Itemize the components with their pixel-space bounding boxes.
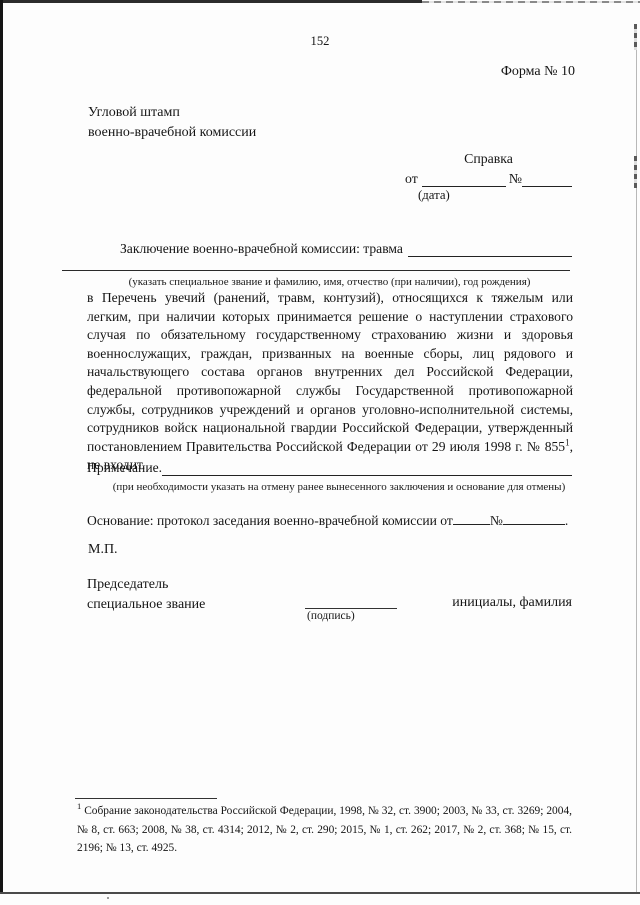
basis-number-sign: № (490, 513, 503, 528)
footnote-paragraph: 1 Собрание законодательства Российской Ф… (77, 802, 572, 858)
scan-artifact-right-dash (634, 156, 637, 188)
note-caption: (при необходимости указать на отмену ран… (100, 481, 578, 493)
basis-period: . (565, 513, 568, 528)
form-number-label: Форма № 10 (501, 64, 575, 80)
name-blank-field (62, 254, 570, 271)
scan-speck (107, 897, 109, 899)
signature-blank-field (305, 593, 397, 609)
corner-stamp-block: Угловой штамп военно-врачебной комиссии (88, 103, 256, 143)
signer-name-hint: инициалы, фамилия (452, 575, 572, 622)
page-bottom-edge (0, 892, 640, 894)
basis-date-blank-field (453, 510, 490, 525)
signature-hint: (подпись) (305, 610, 397, 622)
basis-line: Основание: протокол заседания военно-вра… (87, 510, 578, 529)
signature-column: (подпись) (305, 575, 397, 622)
signature-block: Председатель специальное звание (подпись… (87, 575, 572, 622)
basis-number-blank-field (503, 510, 565, 525)
document-page: 152 Форма № 10 Угловой штамп военно-врач… (0, 0, 640, 905)
page-left-edge (0, 0, 3, 894)
note-label: Примечание. (87, 460, 162, 476)
corner-stamp-line1: Угловой штамп (88, 103, 256, 123)
signer-role: Председатель (87, 575, 305, 595)
signer-title-column: Председатель специальное звание (87, 575, 305, 622)
footnote-text: Собрание законодательства Российской Фед… (77, 805, 572, 854)
date-from-label: от (405, 170, 418, 187)
certificate-date-number-row: от № (405, 170, 572, 187)
body-paragraph: в Перечень увечий (ранений, травм, конту… (87, 289, 573, 475)
date-hint: (дата) (418, 188, 572, 203)
note-line: Примечание. (87, 460, 572, 476)
scan-artifact-top-dashes (422, 1, 640, 3)
footnote-separator (75, 798, 217, 799)
note-blank-field (162, 460, 572, 476)
number-sign-label: № (509, 170, 522, 187)
scan-artifact-top-line (0, 0, 422, 3)
body-text: в Перечень увечий (ранений, травм, конту… (87, 290, 573, 454)
page-number: 152 (0, 34, 640, 49)
date-blank-field (422, 172, 506, 187)
basis-lead-text: Основание: протокол заседания военно-вра… (87, 513, 453, 528)
certificate-header-block: Справка от № (дата) (405, 151, 572, 203)
certificate-title: Справка (405, 151, 572, 167)
seal-mark: М.П. (88, 542, 118, 558)
number-blank-field (522, 172, 572, 187)
signer-rank: специальное звание (87, 595, 305, 615)
name-field-caption: (указать специальное звание и фамилию, и… (87, 276, 572, 288)
corner-stamp-line2: военно-врачебной комиссии (88, 123, 256, 143)
